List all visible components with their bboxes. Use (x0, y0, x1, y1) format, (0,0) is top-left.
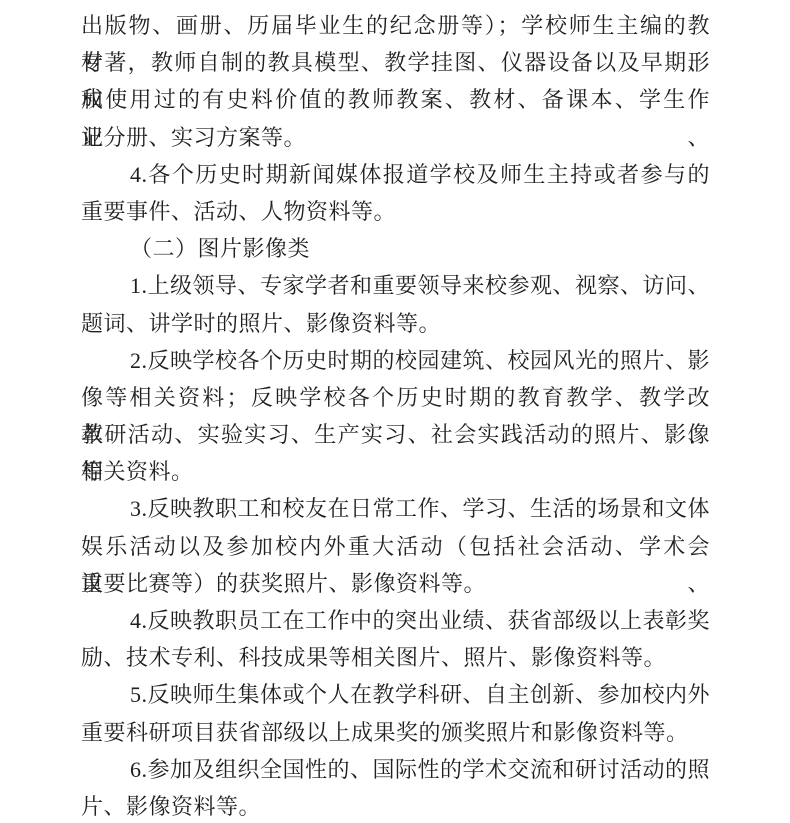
text-line: 娱乐活动以及参加校内外重大活动（包括社会活动、学术会议、 (81, 528, 710, 565)
text-line: 重要事件、活动、人物资料等。 (81, 193, 710, 230)
text-line: 2.反映学校各个历史时期的校园建筑、校园风光的照片、影 (81, 342, 710, 379)
text-line: 3.反映教职工和校友在日常工作、学习、生活的场景和文体 (81, 490, 710, 527)
text-line: 4.各个历史时期新闻媒体报道学校及师生主持或者参与的 (81, 156, 710, 193)
text-line: 和使用过的有史料价值的教师教案、教材、备课本、学生作业、 (81, 81, 710, 118)
text-line: 6.参加及组织全国性的、国际性的学术交流和研讨活动的照 (81, 751, 710, 788)
text-line: 重要科研项目获省部级以上成果奖的颁奖照片和影像资料等。 (81, 714, 710, 751)
text-line: 励、技术专利、科技成果等相关图片、照片、影像资料等。 (81, 639, 710, 676)
text-line: 片、影像资料等。 (81, 788, 710, 823)
document-body: 出版物、画册、历届毕业生的纪念册等）；学校师生主编的教材、 专著，教师自制的教具… (81, 7, 710, 823)
text-line: 像等相关资料；反映学校各个历史时期的教育教学、教学改革、 (81, 379, 710, 416)
text-line: 1.上级领导、专家学者和重要领导来校参观、视察、访问、 (81, 267, 710, 304)
text-line: 5.反映师生集体或个人在教学科研、自主创新、参加校内外 (81, 676, 710, 713)
text-line: 教研活动、实验实习、生产实习、社会实践活动的照片、影像等 (81, 416, 710, 453)
text-line: 4.反映教职员工在工作中的突出业绩、获省部级以上表彰奖 (81, 602, 710, 639)
text-line: 专著，教师自制的教具模型、教学挂图、仪器设备以及早期形成 (81, 44, 710, 81)
document-page: 出版物、画册、历届毕业生的纪念册等）；学校师生主编的教材、 专著，教师自制的教具… (0, 0, 790, 823)
text-line: 题词、讲学时的照片、影像资料等。 (81, 305, 710, 342)
text-line: 出版物、画册、历届毕业生的纪念册等）；学校师生主编的教材、 (81, 7, 710, 44)
text-line: 相关资料。 (81, 453, 710, 490)
section-heading: （二）图片影像类 (81, 230, 710, 267)
